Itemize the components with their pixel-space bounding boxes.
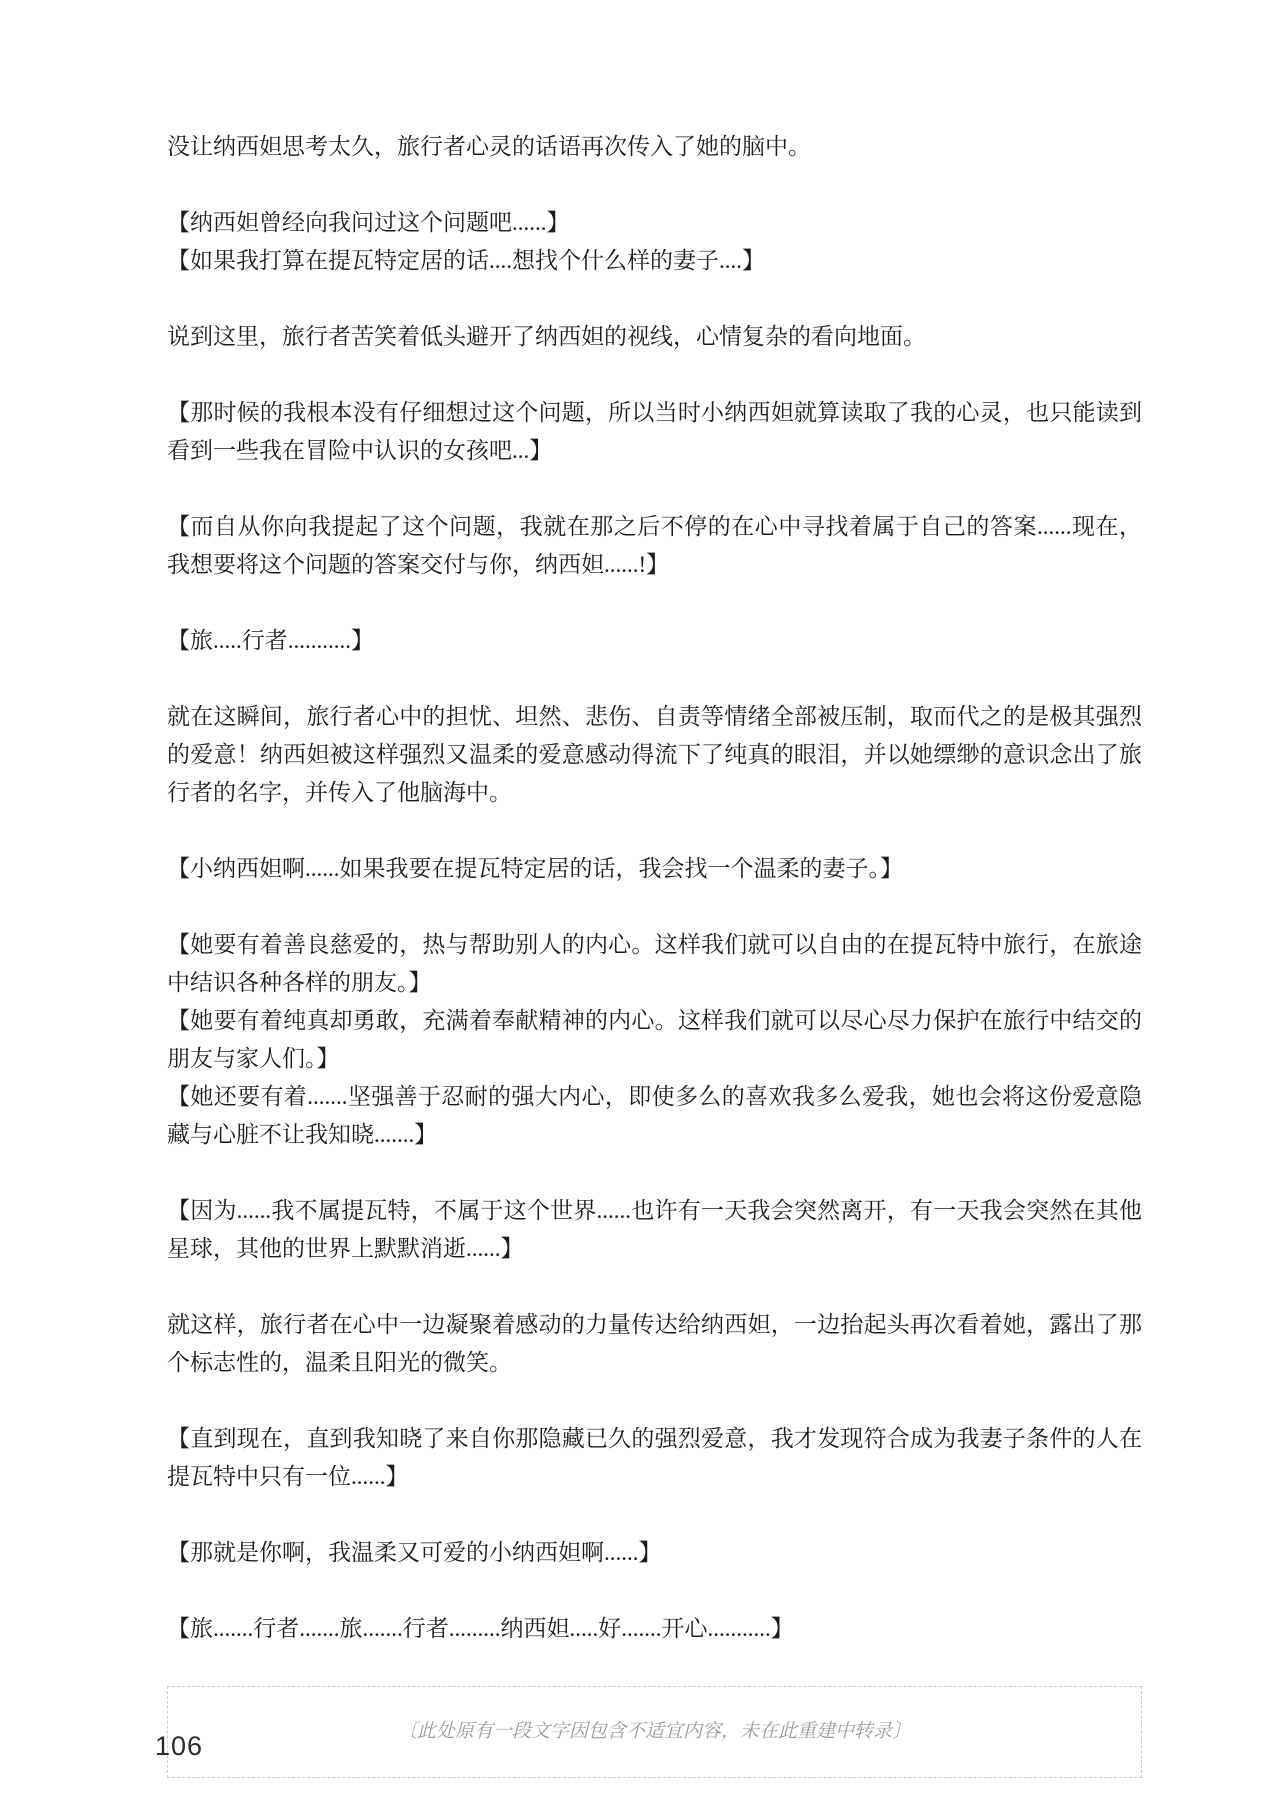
paragraph: 〔此处原有一段文字因包含不适宜内容，未在此重建中转录〕 bbox=[186, 1717, 1123, 1747]
text-block: 【那时候的我根本没有仔细想过这个问题，所以当时小纳西妲就算读取了我的心灵，也只能… bbox=[167, 394, 1142, 470]
text-block: 【小纳西妲啊......如果我要在提瓦特定居的话，我会找一个温柔的妻子。】 bbox=[167, 850, 1142, 888]
paragraph: 【而自从你向我提起了这个问题，我就在那之后不停的在心中寻找着属于自己的答案...… bbox=[167, 508, 1142, 584]
paragraph: 【小纳西妲啊......如果我要在提瓦特定居的话，我会找一个温柔的妻子。】 bbox=[167, 850, 1142, 888]
paragraph: 【因为......我不属提瓦特，不属于这个世界......也许有一天我会突然离开… bbox=[167, 1192, 1142, 1268]
paragraph: 【纳西妲曾经向我问过这个问题吧......】 bbox=[167, 204, 1142, 242]
text-block: 就在这瞬间，旅行者心中的担忧、坦然、悲伤、自责等情绪全部被压制，取而代之的是极其… bbox=[167, 698, 1142, 812]
paragraph: 【那就是你啊，我温柔又可爱的小纳西妲啊......】 bbox=[167, 1534, 1142, 1572]
redacted-block: 〔此处原有一段文字因包含不适宜内容，未在此重建中转录〕 bbox=[167, 1686, 1142, 1778]
text-block: 就这样，旅行者在心中一边凝聚着感动的力量传达给纳西妲，一边抬起头再次看着她，露出… bbox=[167, 1306, 1142, 1382]
text-block: 【而自从你向我提起了这个问题，我就在那之后不停的在心中寻找着属于自己的答案...… bbox=[167, 508, 1142, 584]
text-block: 【那就是你啊，我温柔又可爱的小纳西妲啊......】 bbox=[167, 1534, 1142, 1572]
paragraph: 【她还要有着.......坚强善于忍耐的强大内心，即使多么的喜欢我多么爱我，她也… bbox=[167, 1078, 1142, 1154]
paragraph: 【如果我打算在提瓦特定居的话....想找个什么样的妻子....】 bbox=[167, 242, 1142, 280]
text-block: 没让纳西妲思考太久，旅行者心灵的话语再次传入了她的脑中。 bbox=[167, 128, 1142, 166]
paragraph: 【她要有着纯真却勇敢，充满着奉献精神的内心。这样我们就可以尽心尽力保护在旅行中结… bbox=[167, 1002, 1142, 1078]
page-body: 没让纳西妲思考太久，旅行者心灵的话语再次传入了她的脑中。【纳西妲曾经向我问过这个… bbox=[167, 128, 1142, 1810]
paragraph: 说到这里，旅行者苦笑着低头避开了纳西妲的视线，心情复杂的看向地面。 bbox=[167, 318, 1142, 356]
paragraph: 就这样，旅行者在心中一边凝聚着感动的力量传达给纳西妲，一边抬起头再次看着她，露出… bbox=[167, 1306, 1142, 1382]
text-block: 【因为......我不属提瓦特，不属于这个世界......也许有一天我会突然离开… bbox=[167, 1192, 1142, 1268]
text-block: 【她要有着善良慈爱的，热与帮助别人的内心。这样我们就可以自由的在提瓦特中旅行，在… bbox=[167, 926, 1142, 1154]
text-block: 【纳西妲曾经向我问过这个问题吧......】【如果我打算在提瓦特定居的话....… bbox=[167, 204, 1142, 280]
paragraph: 没让纳西妲思考太久，旅行者心灵的话语再次传入了她的脑中。 bbox=[167, 128, 1142, 166]
paragraph: 【旅.....行者...........】 bbox=[167, 622, 1142, 660]
paragraph: 【直到现在，直到我知晓了来自你那隐藏已久的强烈爱意，我才发现符合成为我妻子条件的… bbox=[167, 1420, 1142, 1496]
text-block: 说到这里，旅行者苦笑着低头避开了纳西妲的视线，心情复杂的看向地面。 bbox=[167, 318, 1142, 356]
paragraph: 就在这瞬间，旅行者心中的担忧、坦然、悲伤、自责等情绪全部被压制，取而代之的是极其… bbox=[167, 698, 1142, 812]
paragraph: 【她要有着善良慈爱的，热与帮助别人的内心。这样我们就可以自由的在提瓦特中旅行，在… bbox=[167, 926, 1142, 1002]
text-block: 【旅.....行者...........】 bbox=[167, 622, 1142, 660]
paragraph: 【那时候的我根本没有仔细想过这个问题，所以当时小纳西妲就算读取了我的心灵，也只能… bbox=[167, 394, 1142, 470]
document-page: 没让纳西妲思考太久，旅行者心灵的话语再次传入了她的脑中。【纳西妲曾经向我问过这个… bbox=[0, 0, 1280, 1810]
page-number: 106 bbox=[155, 1731, 203, 1762]
text-block: 【旅.......行者.......旅.......行者.........纳西妲… bbox=[167, 1610, 1142, 1648]
text-block: 【直到现在，直到我知晓了来自你那隐藏已久的强烈爱意，我才发现符合成为我妻子条件的… bbox=[167, 1420, 1142, 1496]
paragraph: 【旅.......行者.......旅.......行者.........纳西妲… bbox=[167, 1610, 1142, 1648]
